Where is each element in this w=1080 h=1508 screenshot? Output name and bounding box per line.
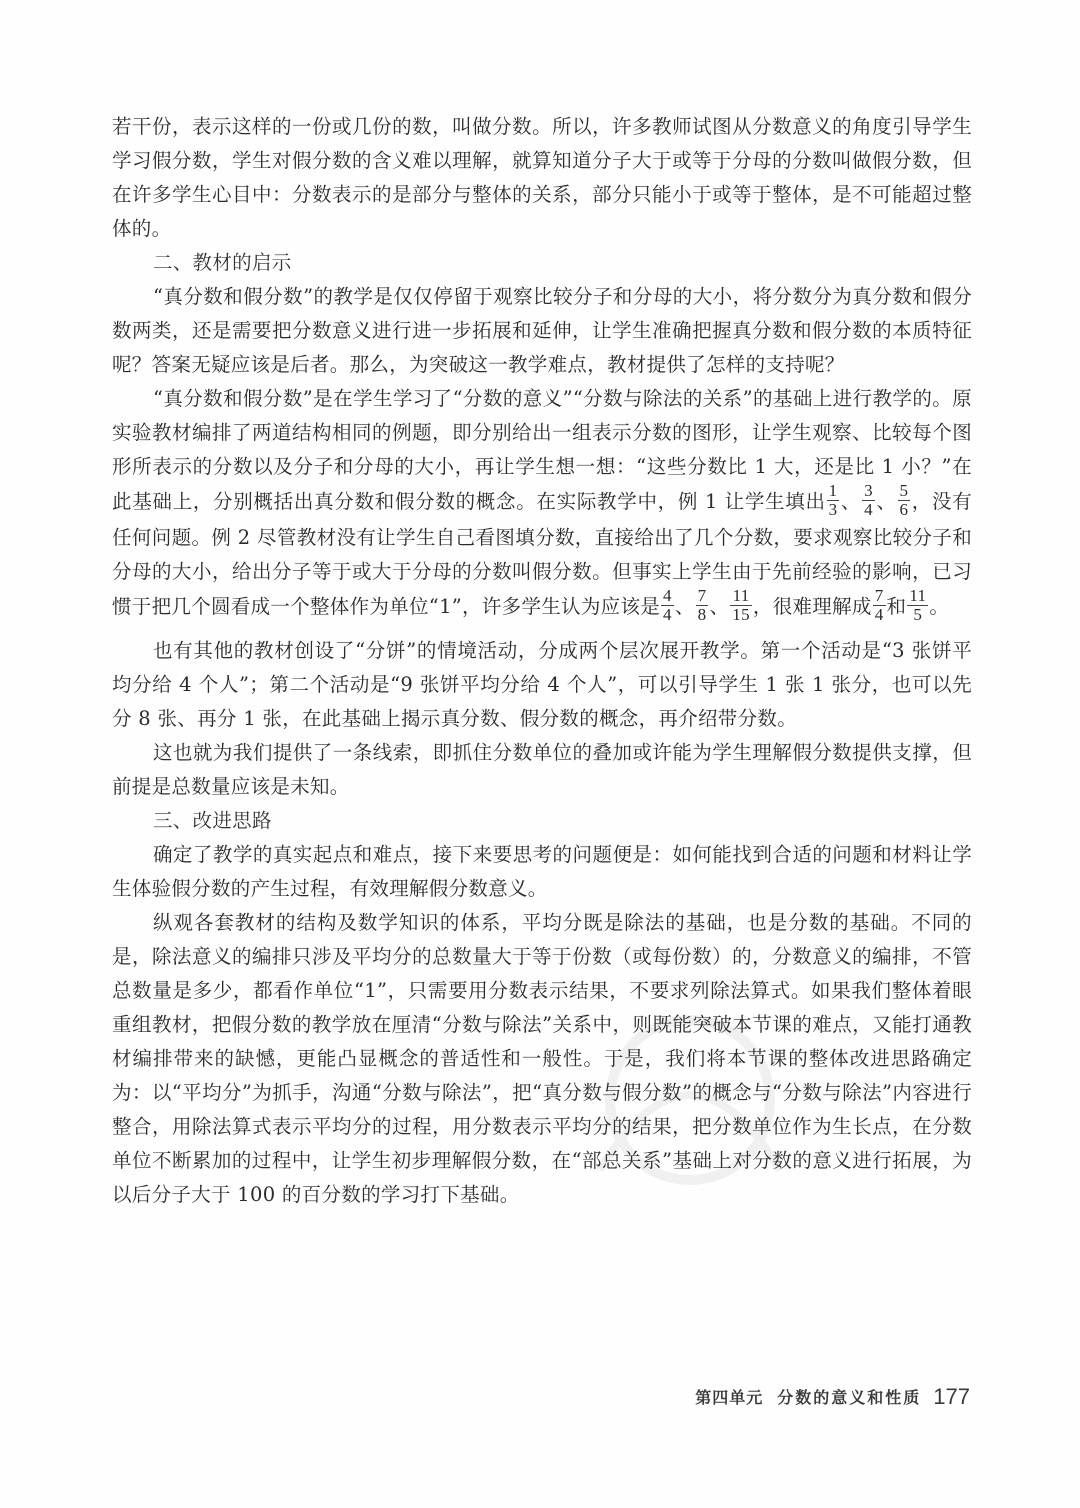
paragraph-starting-point: 确定了教学的真实起点和难点，接下来要思考的问题便是：如何能找到合适的问题和材料让… [112, 838, 972, 906]
numerator: 11 [907, 587, 928, 606]
fraction-1-3: 13 [827, 482, 840, 519]
denominator: 8 [696, 606, 709, 624]
fraction-7-8: 78 [696, 587, 709, 624]
paragraph-clue: 这也就为我们提供了一条线索，即抓住分数单位的叠加或许能为学生理解假分数提供支撑，… [112, 736, 972, 804]
numerator: 11 [730, 587, 752, 606]
denominator: 3 [827, 501, 840, 519]
footer-chapter-title: 分数的意义和性质 [777, 1388, 921, 1407]
numerator: 3 [862, 482, 875, 501]
fraction-11-15: 1115 [730, 587, 752, 624]
fraction-7-4: 74 [873, 587, 886, 624]
fraction-3-4: 34 [862, 482, 875, 519]
section-heading-2: 二、教材的启示 [112, 246, 972, 280]
paragraph-improvement-plan: 纵观各套教材的结构及数学知识的体系，平均分既是除法的基础，也是分数的基础。不同的… [112, 906, 972, 1212]
denominator: 4 [862, 501, 875, 519]
page-number: 177 [933, 1384, 970, 1409]
paragraph-pie-activity: 也有其他的教材创设了“分饼”的情境活动，分成两个层次展开教学。第一个活动是“3 … [112, 634, 972, 736]
separator: 、 [876, 490, 897, 513]
denominator: 5 [907, 606, 928, 624]
fraction-4-4: 44 [661, 587, 674, 624]
denominator: 4 [873, 606, 886, 624]
page-footer: 第四单元分数的意义和性质177 [680, 1384, 970, 1410]
section-heading-3: 三、改进思路 [112, 804, 972, 838]
text-segment: 。 [929, 595, 949, 618]
paragraph-textbook-question: “真分数和假分数”的教学是仅仅停留于观察比较分子和分母的大小，将分数分为真分数和… [112, 280, 972, 382]
conjunction: 和 [887, 595, 907, 618]
document-page: 若干份，表示这样的一份或几份的数，叫做分数。所以，许多教师试图从分数意义的角度引… [112, 110, 972, 1212]
paragraph-intro: 若干份，表示这样的一份或几份的数，叫做分数。所以，许多教师试图从分数意义的角度引… [112, 110, 972, 246]
numerator: 7 [696, 587, 709, 606]
footer-unit: 第四单元 [695, 1388, 763, 1407]
text-segment: ，很难理解成 [753, 595, 872, 618]
denominator: 6 [898, 501, 911, 519]
separator: 、 [709, 595, 729, 618]
fraction-11-5: 115 [907, 587, 928, 624]
denominator: 4 [661, 606, 674, 624]
separator: 、 [840, 490, 861, 513]
numerator: 4 [661, 587, 674, 606]
numerator: 1 [827, 482, 840, 501]
denominator: 15 [730, 606, 752, 624]
numerator: 5 [898, 482, 911, 501]
numerator: 7 [873, 587, 886, 606]
paragraph-textbook-examples: “真分数和假分数”是在学生学习了“分数的意义”“分数与除法的关系”的基础上进行教… [112, 382, 972, 626]
separator: 、 [675, 595, 695, 618]
fraction-5-6: 56 [898, 482, 911, 519]
